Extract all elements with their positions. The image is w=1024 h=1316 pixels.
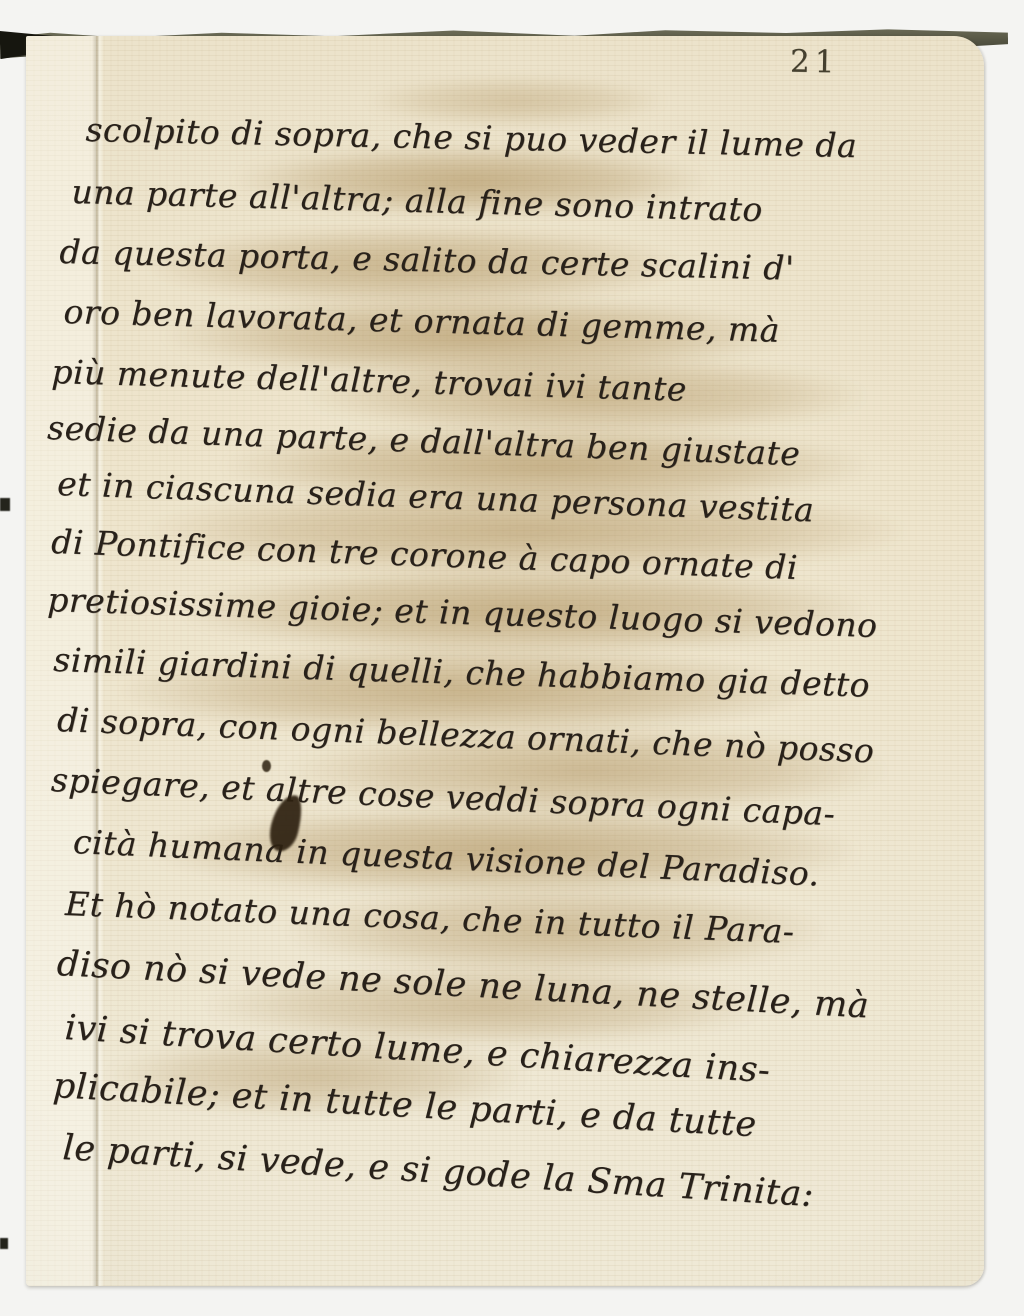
handwritten-line: sedie da una parte, e dall'altra ben giu… xyxy=(47,408,801,473)
handwritten-line: più menute dell'altre, trovai ivi tante xyxy=(51,352,687,409)
manuscript-scan: 21 scolpito di sopra, che si puo veder i… xyxy=(0,0,1024,1316)
page-number: 21 xyxy=(790,44,840,81)
handwritten-line: una parte all'altra; alla fine sono intr… xyxy=(71,172,763,229)
edge-ink-mark xyxy=(0,498,10,511)
ink-blot-dot xyxy=(262,760,271,772)
handwritten-line: spiegare, et altre cose veddi sopra ogni… xyxy=(50,760,836,833)
handwritten-line: simili giardini di quelli, che habbiamo … xyxy=(53,640,871,705)
handwritten-line: di sopra, con ogni bellezza ornati, che … xyxy=(57,700,876,770)
handwritten-line: di Pontifice con tre corone à capo ornat… xyxy=(51,522,799,587)
handwritten-line: da questa porta, e salito da certe scali… xyxy=(59,232,795,288)
handwritten-line: oro ben lavorata, et ornata di gemme, mà xyxy=(63,292,780,350)
handwritten-line: Et hò notato una cosa, che in tutto il P… xyxy=(65,884,796,951)
handwritten-line: scolpito di sopra, che si puo veder il l… xyxy=(85,110,857,165)
handwritten-line: pretiosissime gioie; et in questo luogo … xyxy=(47,580,878,645)
manuscript-page: 21 scolpito di sopra, che si puo veder i… xyxy=(26,36,984,1286)
handwritten-line: et in ciascuna sedia era una persona ves… xyxy=(57,464,815,529)
handwritten-line: cità humana in questa visione del Paradi… xyxy=(72,822,820,894)
edge-ink-mark xyxy=(0,1238,8,1249)
